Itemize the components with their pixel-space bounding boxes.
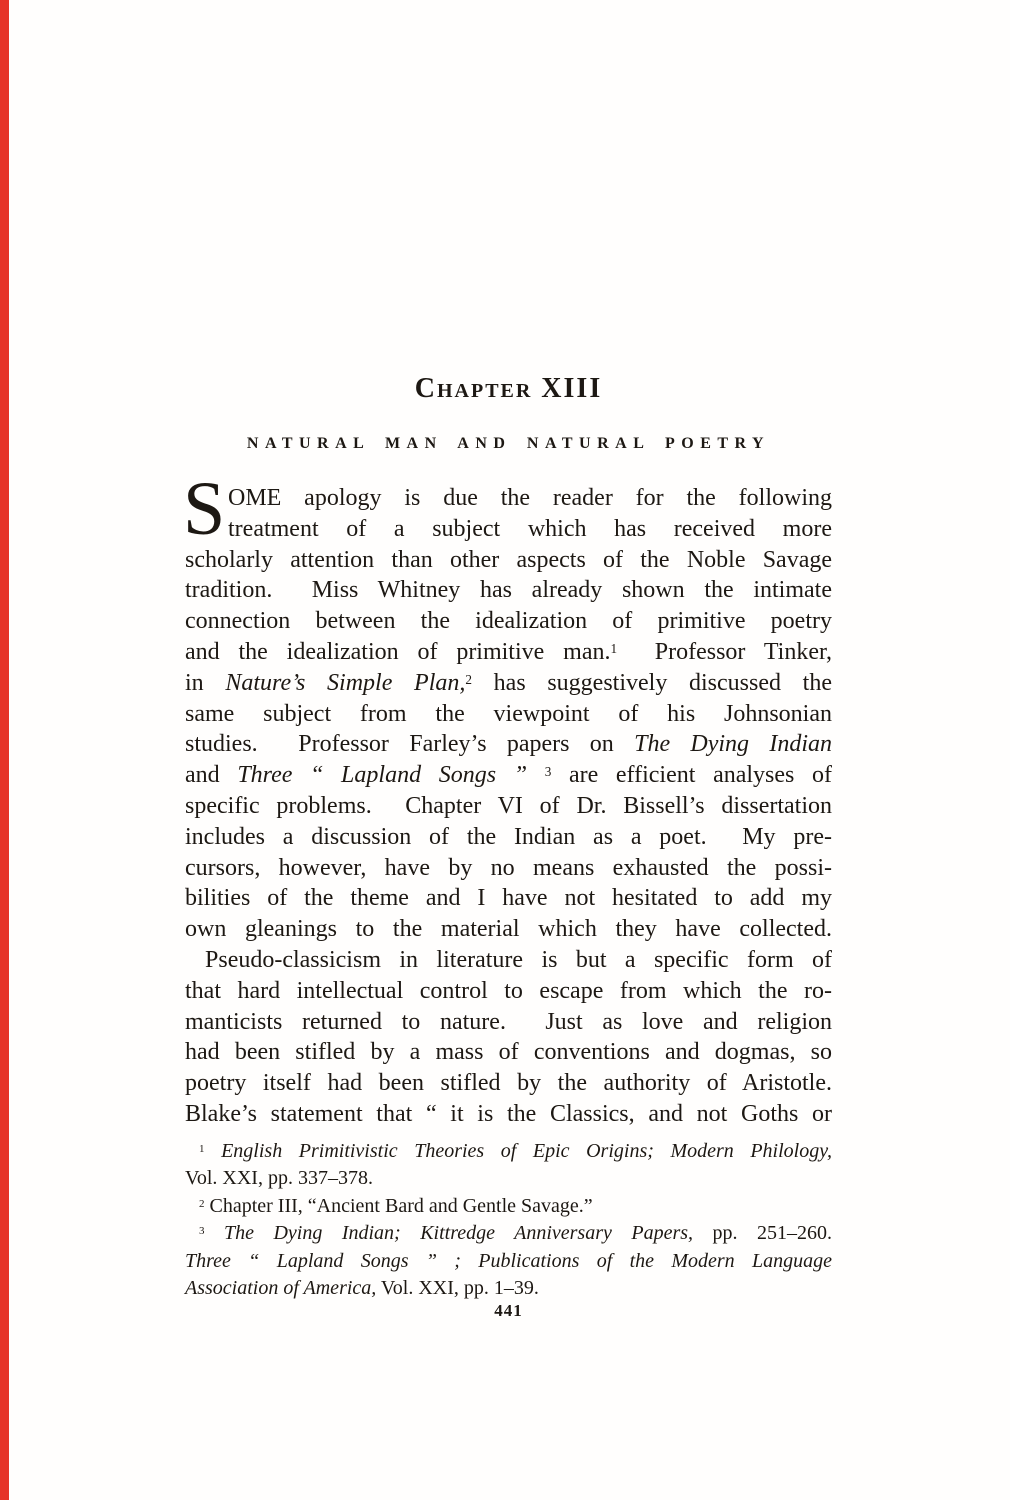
body-text-line: cursors, however, have by no means exhau…: [185, 853, 832, 884]
chapter-subheading: NATURAL MAN AND NATURAL POETRY: [145, 436, 872, 452]
body-text-line: manticists returned to nature. Just as l…: [185, 1007, 832, 1038]
body-text-line: specific problems. Chapter VI of Dr. Bis…: [185, 791, 832, 822]
body-text-line: Pseudo-classicism in literature is but a…: [185, 945, 832, 976]
body-text-line: and Three “ Lapland Songs ” 3 are effici…: [185, 760, 832, 791]
body-text-line: had been stifled by a mass of convention…: [185, 1037, 832, 1068]
footnote-marker: 1: [199, 1143, 205, 1155]
book-page: Chapter XIII NATURAL MAN AND NATURAL POE…: [0, 0, 1010, 1500]
body-text-line: studies. Professor Farley’s papers on Th…: [185, 729, 832, 760]
body-text-line: tradition. Miss Whitney has already show…: [185, 575, 832, 606]
footnote-line: 2 Chapter III, “Ancient Bard and Gentle …: [185, 1193, 832, 1220]
drop-cap: S: [183, 480, 225, 536]
body-text-line: in Nature’s Simple Plan,2 has suggestive…: [185, 668, 832, 699]
footnote-line: Association of America, Vol. XXI, pp. 1–…: [185, 1275, 832, 1302]
body-text-line: includes a discussion of the Indian as a…: [185, 822, 832, 853]
body-text-line: Blake’s statement that “ it is the Class…: [185, 1099, 832, 1130]
body-text-line: own gleanings to the material which they…: [185, 914, 832, 945]
body-text-line: connection between the idealization of p…: [185, 606, 832, 637]
page-number: 441: [185, 1301, 832, 1321]
footnote-line: 3 The Dying Indian; Kittredge Anniversar…: [185, 1220, 832, 1247]
body-text-line: OME apology is due the reader for the fo…: [185, 483, 832, 514]
footnote-line: 1 English Primitivistic Theories of Epic…: [185, 1138, 832, 1165]
body-text-line: bilities of the theme and I have not hes…: [185, 883, 832, 914]
body-text-line: poetry itself had been stifled by the au…: [185, 1068, 832, 1099]
footnotes-block: 1 English Primitivistic Theories of Epic…: [185, 1138, 832, 1302]
body-block: SOME apology is due the reader for the f…: [185, 483, 832, 1130]
body-text-line: treatment of a subject which has receive…: [185, 514, 832, 545]
footnote-marker: 3: [199, 1225, 205, 1237]
footnote-line: Three “ Lapland Songs ” ; Publications o…: [185, 1248, 832, 1275]
footnote-line: Vol. XXI, pp. 337–378.: [185, 1165, 832, 1192]
body-text-line: same subject from the viewpoint of his J…: [185, 699, 832, 730]
chapter-heading: Chapter XIII: [185, 375, 832, 403]
page-edge-strip: [0, 0, 9, 1500]
body-text-line: that hard intellectual control to escape…: [185, 976, 832, 1007]
body-text-line: scholarly attention than other aspects o…: [185, 545, 832, 576]
body-text-line: and the idealization of primitive man.1 …: [185, 637, 832, 668]
footnote-marker: 2: [465, 672, 472, 687]
